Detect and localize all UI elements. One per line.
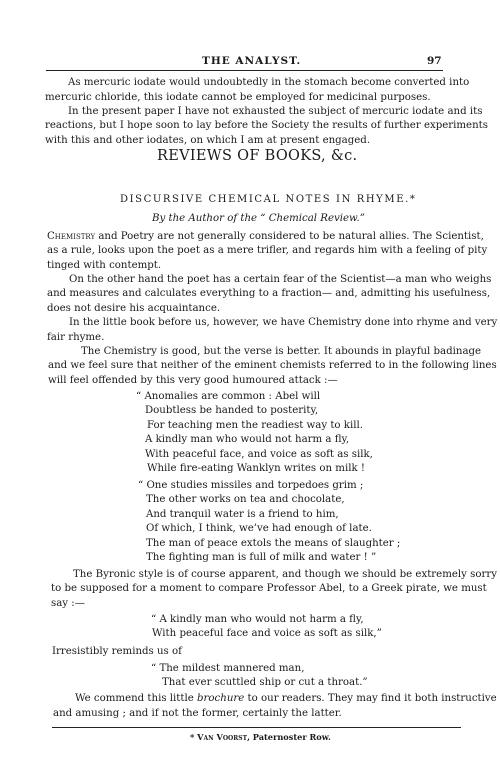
verse1-line1: “ Anomalies are common : Abel will <box>136 390 320 405</box>
footnote-rest: , Paternoster Row. <box>247 732 331 742</box>
verse2-line3: And tranquil water is a friend to him, <box>146 508 339 523</box>
body-p1-line1-text: and Poetry are not generally considered … <box>95 231 484 242</box>
article-title: DISCURSIVE CHEMICAL NOTES IN RHYME.* <box>120 194 416 205</box>
body-p2-line1: On the other hand the poet has a certain… <box>69 274 443 285</box>
article-byline: By the Author of the “ Chemical Review.” <box>152 213 365 224</box>
lead-word: Chemistry <box>47 231 95 242</box>
intro-p1-line2: mercuric chloride, this iodate cannot be… <box>45 91 431 106</box>
document-page: THE ANALYST. 97 As mercuric iodate would… <box>0 0 500 771</box>
verse1-line2: Doubtless be handed to posterity, <box>145 404 318 419</box>
body-p1-line1: Chemistry and Poetry are not generally c… <box>47 231 443 242</box>
verse2-line5: The man of peace extols the means of sla… <box>146 537 400 552</box>
p7-text-a: We commend this little <box>75 693 197 704</box>
quote1-line2: With peaceful face and voice as soft as … <box>152 627 382 642</box>
body-p1-line3: tinged with contempt. <box>47 259 161 274</box>
intro-p2-line2: reactions, but I hope soon to lay before… <box>45 120 442 131</box>
quote2-line1: “ The mildest mannered man, <box>151 662 304 677</box>
verse2-line4: Of which, I think, we’ve had enough of l… <box>146 522 372 537</box>
body-p2-line2: and measures and calculates everything t… <box>47 288 443 299</box>
body-p5-line2: to be supposed for a moment to compare P… <box>51 583 457 594</box>
verse2-line6: The fighting man is full of milk and wat… <box>146 551 376 566</box>
verse2-line2: The other works on tea and chocolate, <box>146 493 345 508</box>
page-number: 97 <box>427 55 442 67</box>
body-p3-line2: fair rhyme. <box>47 331 104 346</box>
running-title: THE ANALYST. <box>202 55 301 67</box>
section-title: REVIEWS OF BOOKS, &c. <box>157 148 357 164</box>
body-p4-line2: and we feel sure that neither of the emi… <box>48 360 453 371</box>
body-p2-line3: does not desire his acquaintance. <box>47 302 220 317</box>
body-p7-line2: and amusing ; and if not the former, cer… <box>53 707 342 722</box>
footnote: * Van Voorst, Paternoster Row. <box>190 732 331 742</box>
header-rule <box>46 70 443 71</box>
body-p1-line2: as a rule, looks upon the poet as a mere… <box>47 245 443 256</box>
footnote-publisher: Van Voorst <box>197 732 247 742</box>
intro-p1-line1: As mercuric iodate would undoubtedly in … <box>68 77 442 88</box>
body-p3-line1: In the little book before us, however, w… <box>69 317 443 328</box>
verse1-line6: While fire-eating Wanklyn writes on milk… <box>147 462 365 477</box>
p7-text-b: to our readers. They may find it both in… <box>244 693 496 704</box>
verse1-line5: With peaceful face, and voice as soft as… <box>145 448 373 463</box>
body-p4-line3: will feel offended by this very good hum… <box>48 374 338 389</box>
quote2-line2: That ever scuttled ship or cut a throat.… <box>162 676 368 691</box>
body-p5-line3: say :— <box>51 597 85 612</box>
verse1-line3: For teaching men the readiest way to kil… <box>147 419 363 434</box>
verse2-line1: “ One studies missiles and torpedoes gri… <box>138 479 363 494</box>
intro-p2-line3: with this and other iodates, on which I … <box>45 134 370 149</box>
footnote-rule <box>52 727 461 728</box>
body-p4-line1: The Chemistry is good, but the verse is … <box>81 346 453 357</box>
body-p7-line1: We commend this little brochure to our r… <box>75 693 459 704</box>
intro-p2-line1: In the present paper I have not exhauste… <box>68 106 442 117</box>
quote1-line1: “ A kindly man who would not harm a fly, <box>151 613 364 628</box>
body-p5-line1: The Byronic style is of course apparent,… <box>73 569 457 580</box>
body-p6: Irresistibly reminds us of <box>52 645 182 660</box>
p7-italic-word: brochure <box>197 693 244 704</box>
verse1-line4: A kindly man who would not harm a fly, <box>145 433 349 448</box>
